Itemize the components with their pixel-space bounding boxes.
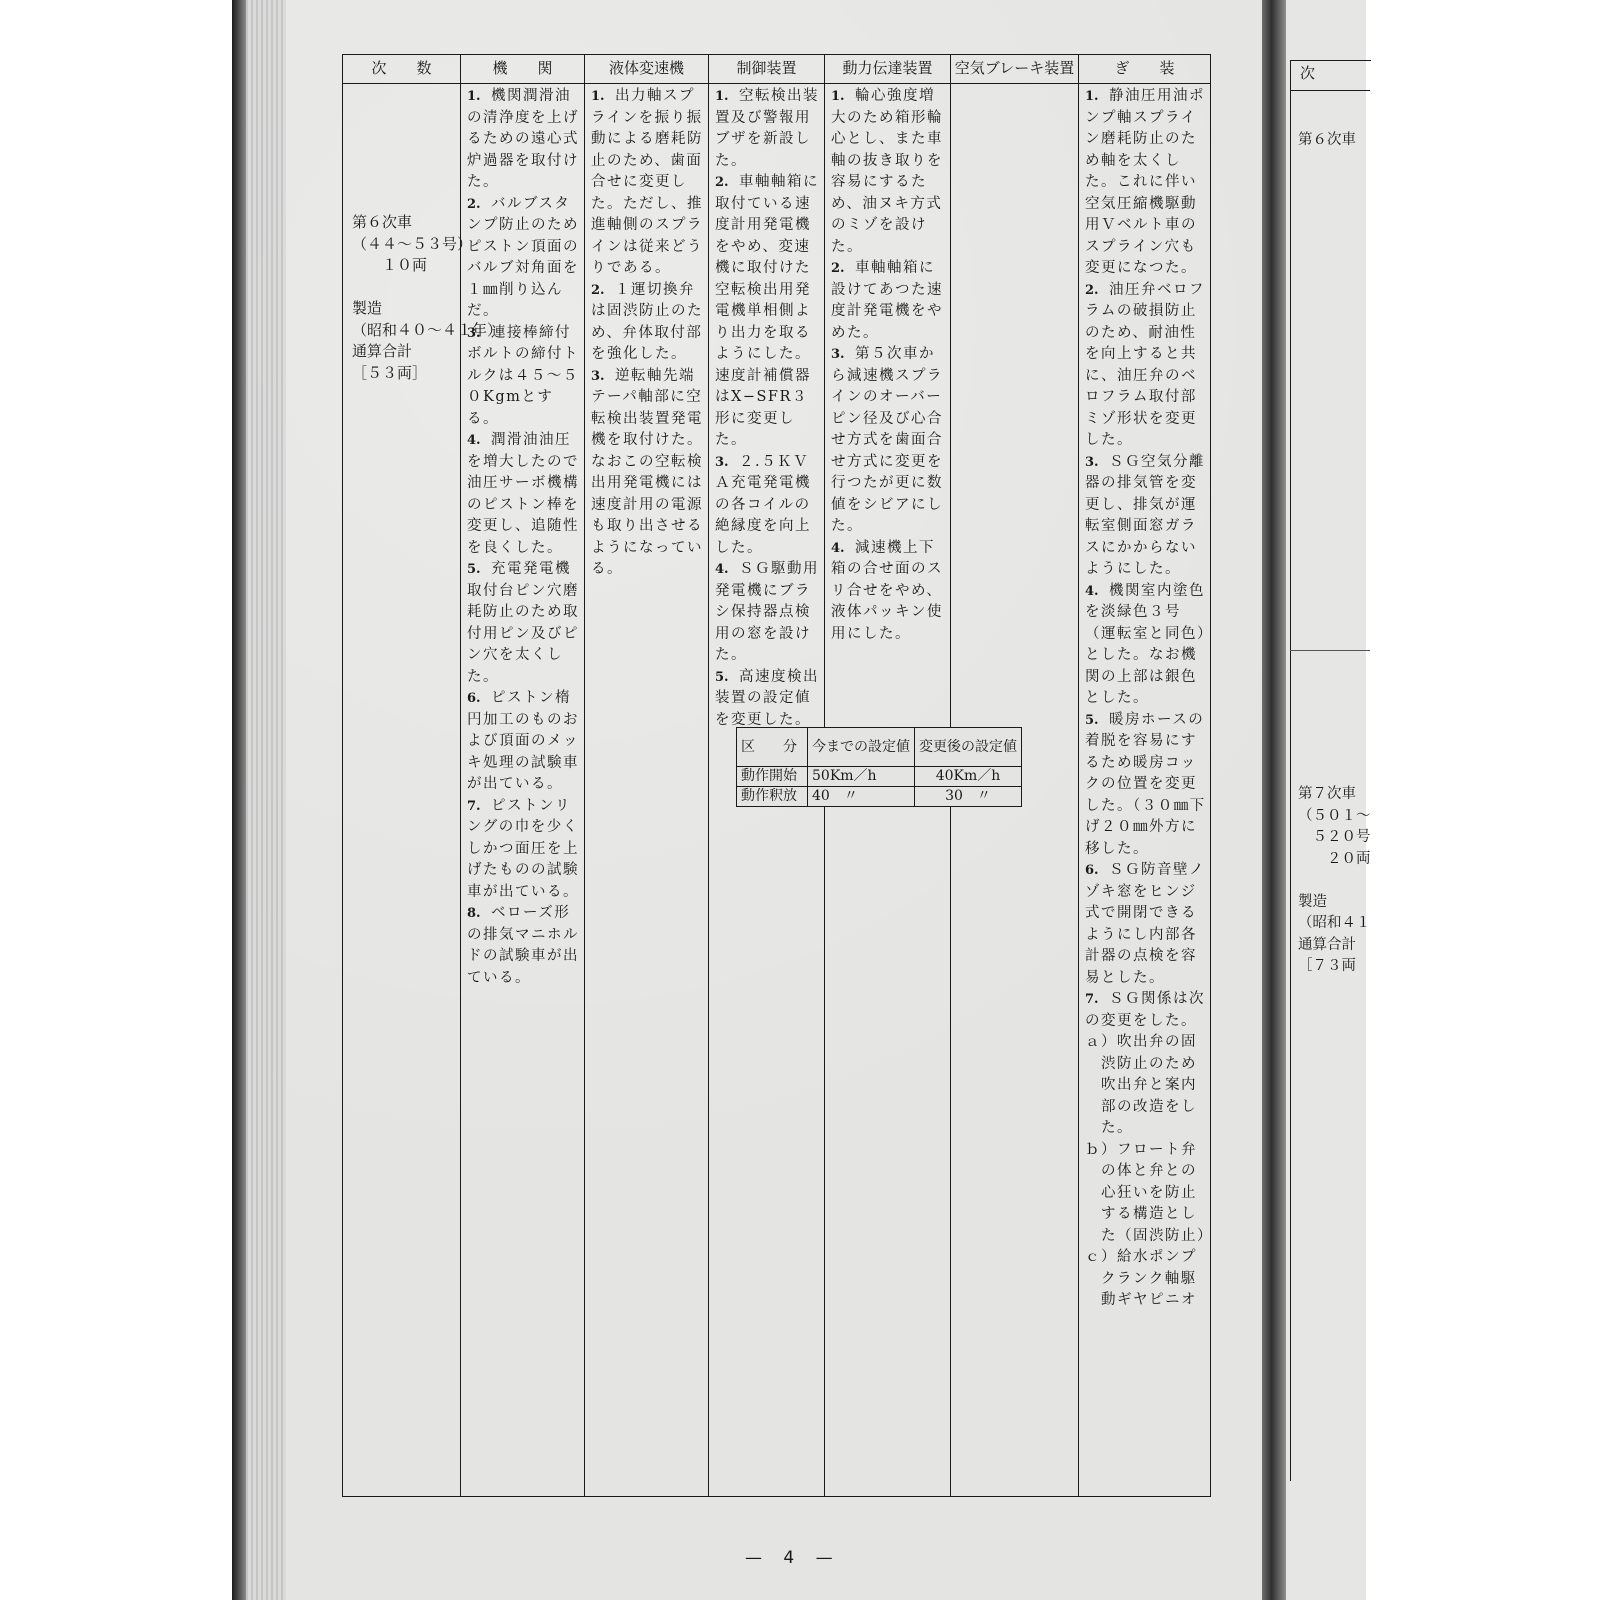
header-kuuki: 空気ブレーキ装置: [951, 55, 1079, 84]
speed-col-before: 今までの設定値: [808, 728, 915, 767]
speed-col-after: 変更後の設定値: [915, 728, 1022, 767]
item-number: 1.: [591, 86, 615, 108]
next-page-batch: 第６次車: [1298, 130, 1356, 152]
speed-table-header: 区 分 今までの設定値 変更後の設定値: [737, 728, 1022, 767]
book-gutter: [1262, 0, 1286, 1600]
list-item: 2.油圧弁ベロフラムの破損防止のため、耐油性を向上すると共に、油圧弁のベロフラム…: [1085, 280, 1206, 452]
next-page-table-frame: [1290, 60, 1371, 1481]
list-item: 5.充電発電機取付台ピン穴磨耗防止のため取付用ピン及びピン穴を太くした。: [467, 559, 580, 688]
list-item: 1.出力軸スプラインを振り振動による磨耗防止のため、歯面合せに変更した。ただし、…: [591, 86, 704, 280]
header-gisou: ぎ 装: [1079, 55, 1211, 84]
text-line: ２０両: [1298, 849, 1371, 871]
item-number: 8.: [467, 903, 491, 925]
next-page-batch-info: 第７次車（５０１〜 ５２０号 ２０両 製造（昭和４１通算合計［７３両: [1298, 784, 1371, 978]
text-line: 製造: [1298, 892, 1371, 914]
list-item: 1.機関潤滑油の清浄度を上げるための遠心式炉過器を取付けた。: [467, 86, 580, 194]
item-number: 5.: [467, 559, 491, 581]
list-item: 6.ピストン楕円加工のものおよび頂面のメッキ処理の試験車が出ている。: [467, 688, 580, 796]
speed-setting-table: 区 分 今までの設定値 変更後の設定値 動作開始 50Km／h 40Km／h 動…: [736, 727, 1022, 807]
item-number: 5.: [1085, 710, 1109, 732]
list-item: 1.輪心強度増大のため箱形輪心とし、また車軸の抜き取りを容易にするため、油ヌキ方…: [831, 86, 946, 258]
cell-gisou: 1.静油圧用油ポンプ軸スプライン磨耗防止のため軸を太くした。これに伴い空気圧縮機…: [1079, 84, 1211, 1497]
item-number: 2.: [715, 172, 739, 194]
batch-line: （４４〜５３号）: [352, 234, 502, 256]
item-number: 4.: [831, 538, 855, 560]
list-item: 4.潤滑油油圧を増大したので油圧サーボ機構のピストン棒を変更し、追随性を良くした…: [467, 430, 580, 559]
text-line: ［７３両: [1298, 956, 1371, 978]
text-line: [1298, 870, 1371, 892]
item-text: 機関室内塗色を淡緑色３号（運転室と同色）とした。なお機関の上部は銀色とした。: [1085, 583, 1206, 707]
item-number: 7.: [467, 796, 491, 818]
list-item: 3.２.５ＫＶＡ充電発電機の各コイルの絶縁度を向上した。: [715, 452, 820, 560]
header-tsugi: 次 数: [343, 55, 461, 84]
speed-cell: 40 〃: [808, 787, 915, 807]
item-number: 1.: [715, 86, 739, 108]
list-item: 2.１運切換弁は固渋防止のため、弁体取付部を強化した。: [591, 280, 704, 366]
batch-line: （昭和４０〜４１年）: [352, 320, 502, 342]
item-number: 4.: [1085, 581, 1109, 603]
speed-table-row: 動作開始 50Km／h 40Km／h: [737, 767, 1022, 787]
batch-line: ［５３両］: [352, 363, 502, 385]
list-item: 3.逆転軸先端テーパ軸部に空転検出装置発電機を取付けた。なおこの空転検出用発電機…: [591, 366, 704, 581]
speed-col-category: 区 分: [737, 728, 808, 767]
next-page-header: 次: [1300, 62, 1315, 83]
item-number: 6.: [467, 688, 491, 710]
item-number: 2.: [1085, 280, 1109, 302]
item-number: 5.: [715, 667, 739, 689]
batch-line: [352, 277, 502, 299]
batch-line: 通算合計: [352, 341, 502, 363]
item-text: 逆転軸先端テーパ軸部に空転検出装置発電機を取付けた。なおこの空転検出用発電機には…: [591, 368, 703, 578]
list-item: 4.減速機上下箱の合せ面のスリ合せをやめ、液体パッキン使用にした。: [831, 538, 946, 646]
cell-ekitai: 1.出力軸スプラインを振り振動による磨耗防止のため、歯面合せに変更した。ただし、…: [585, 84, 709, 1497]
sub-item: ｂ）フロート弁の体と弁との心狂いを防止する構造とした（固渋防止）: [1085, 1140, 1206, 1248]
sub-item: ａ）吹出弁の固渋防止のため吹出弁と案内部の改造をした。: [1085, 1032, 1206, 1140]
scan-dark-edge: [232, 0, 246, 1600]
header-kikan: 機 関: [461, 55, 585, 84]
item-number: 3.: [831, 344, 855, 366]
list-item: 5.高速度検出装置の設定値を変更した。: [715, 667, 820, 732]
next-page-header-rule: [1290, 90, 1370, 91]
list-item: 3.第５次車から減速機スプラインのオーバーピン径及び心合せ方式を歯面合せ方式に変…: [831, 344, 946, 538]
item-number: 4.: [467, 430, 491, 452]
item-number: 3.: [591, 366, 615, 388]
item-number: 7.: [1085, 989, 1109, 1011]
list-item: 3.ＳＧ空気分離器の排気管を変更し、排気が運転室側面窓ガラスにかからないようにし…: [1085, 452, 1206, 581]
item-number: 2.: [831, 258, 855, 280]
item-text: 車軸軸箱に取付ている速度計用発電機をやめ、変速機に取付けた空転検出用発電機単相側…: [715, 174, 819, 448]
page-edge-stripes: [246, 0, 286, 1600]
speed-cell: 動作釈放: [737, 787, 808, 807]
list-item: 2.車軸軸箱に取付ている速度計用発電機をやめ、変速機に取付けた空転検出用発電機単…: [715, 172, 820, 452]
speed-cell: 50Km／h: [808, 767, 915, 787]
item-number: 3.: [715, 452, 739, 474]
header-douryoku: 動力伝達装置: [825, 55, 951, 84]
item-text: 油圧弁ベロフラムの破損防止のため、耐油性を向上すると共に、油圧弁のベロフラム取付…: [1085, 282, 1205, 449]
list-item: 7.ピストンリングの巾を少くしかつ面圧を上げたものの試験車が出ている。: [467, 796, 580, 904]
item-number: 4.: [715, 559, 739, 581]
batch-line: 第６次車: [352, 212, 502, 234]
batch-line: １０両: [352, 255, 502, 277]
list-item: 2.車軸軸箱に設けてあつた速度計発電機をやめた。: [831, 258, 946, 344]
item-text: 第５次車から減速機スプラインのオーバーピン径及び心合せ方式を歯面合せ方式に変更を…: [831, 346, 943, 534]
header-seigyo: 制御装置: [709, 55, 825, 84]
speed-cell: 30 〃: [915, 787, 1022, 807]
list-item: 6.ＳＧ防音壁ノゾキ窓をヒンジ式で開閉できるようにし内部各計器の点検を容易とした…: [1085, 860, 1206, 989]
text-line: （昭和４１: [1298, 913, 1371, 935]
sub-item: ｃ）給水ポンプクランク軸駆動ギヤピニオ: [1085, 1247, 1206, 1312]
item-text: ＳＧ空気分離器の排気管を変更し、排気が運転室側面窓ガラスにかからないようにした。: [1085, 454, 1205, 578]
speed-cell: 動作開始: [737, 767, 808, 787]
item-number: 6.: [1085, 860, 1109, 882]
list-item: 7.ＳＧ関係は次の変更をした。: [1085, 989, 1206, 1032]
list-item: 4.機関室内塗色を淡緑色３号（運転室と同色）とした。なお機関の上部は銀色とした。: [1085, 581, 1206, 710]
item-number: 1.: [1085, 86, 1109, 108]
item-text: 出力軸スプラインを振り振動による磨耗防止のため、歯面合せに変更した。ただし、推進…: [591, 88, 703, 276]
text-line: 通算合計: [1298, 935, 1371, 957]
text-line: ５２０号: [1298, 827, 1371, 849]
next-page-divider: [1290, 650, 1370, 651]
vehicle-batch-info: 第６次車 （４４〜５３号） １０両 製造 （昭和４０〜４１年） 通算合計 ［５３…: [352, 212, 502, 384]
item-text: 輪心強度増大のため箱形輪心とし、また車軸の抜き取りを容易にするため、油ヌキ方式の…: [831, 88, 943, 255]
list-item: 1.空転検出装置及び警報用ブザを新設した。: [715, 86, 820, 172]
item-number: 1.: [831, 86, 855, 108]
item-number: 3.: [1085, 452, 1109, 474]
speed-cell: 40Km／h: [915, 767, 1022, 787]
item-text: 暖房ホースの着脱を容易にするため暖房コックの位置を変更した。（３０㎜下げ２０㎜外…: [1085, 712, 1206, 857]
speed-table-row: 動作釈放 40 〃 30 〃: [737, 787, 1022, 807]
list-item: 1.静油圧用油ポンプ軸スプライン磨耗防止のため軸を太くした。これに伴い空気圧縮機…: [1085, 86, 1206, 280]
table-header-row: 次 数 機 関 液体変速機 制御装置 動力伝達装置 空気ブレーキ装置 ぎ 装: [343, 55, 1211, 84]
header-ekitai: 液体変速機: [585, 55, 709, 84]
text-line: （５０１〜: [1298, 806, 1371, 828]
list-item: 8.ベローズ形の排気マニホルドの試験車が出ている。: [467, 903, 580, 989]
list-item: 5.暖房ホースの着脱を容易にするため暖房コックの位置を変更した。（３０㎜下げ２０…: [1085, 710, 1206, 861]
item-number: 1.: [467, 86, 491, 108]
item-text: 静油圧用油ポンプ軸スプライン磨耗防止のため軸を太くした。これに伴い空気圧縮機駆動…: [1085, 88, 1205, 276]
text-line: 第７次車: [1298, 784, 1371, 806]
batch-line: 製造: [352, 298, 502, 320]
list-item: 4.ＳＧ駆動用発電機にブラシ保持器点検用の窓を設けた。: [715, 559, 820, 667]
item-number: 2.: [591, 280, 615, 302]
page-number: — 4 —: [745, 1548, 841, 1568]
